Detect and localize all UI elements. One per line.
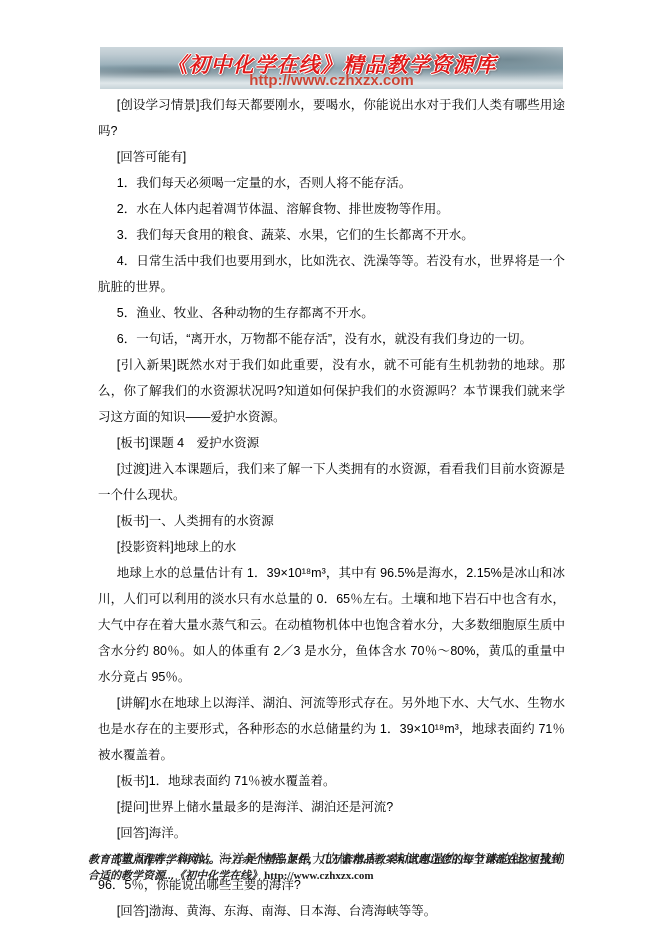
paragraph: [创设学习情景]我们每天都要刚水，要喝水，你能说出水对于我们人类有哪些用途吗? — [98, 92, 565, 144]
footer-url-link[interactable]: http://www.czhxzx.com — [264, 870, 373, 882]
paragraph: [过渡]进入本课题后，我们来了解一下人类拥有的水资源，看看我们目前水资源是一个什… — [98, 456, 565, 508]
paragraph: [回答]渤海、黄海、东海、南海、日本海、台湾海峡等等。 — [98, 898, 565, 924]
paragraph: [投影资料]地球上的水 — [98, 534, 565, 560]
paragraph: 4．日常生活中我们也要用到水，比如洗衣、洗澡等等。若没有水，世界将是一个肮脏的世… — [98, 248, 565, 300]
paragraph: 6．一句话，“离开水，万物都不能存活”，没有水，就没有我们身边的一切。 — [98, 326, 565, 352]
document-body: [创设学习情景]我们每天都要刚水，要喝水，你能说出水对于我们人类有哪些用途吗?[… — [98, 92, 565, 924]
page-footer: 教育部重点推荐学科网站。一万余个精品课件，几万套精品教案和试题让您的每节课都在这… — [88, 853, 568, 884]
paragraph: 地球上水的总量估计有 1．39×10¹⁸m³，其中有 96.5%是海水，2.15… — [98, 560, 565, 690]
paragraph: [板书]课题 4 爱护水资源 — [98, 430, 565, 456]
paragraph: 2．水在人体内起着凋节体温、溶解食物、排世废物等作用。 — [98, 196, 565, 222]
paragraph: [板书]1．地球表面约 71％被水覆盖着。 — [98, 768, 565, 794]
paragraph: [提问]世界上储水量最多的是海洋、湖泊还是河流? — [98, 794, 565, 820]
paragraph: [板书]一、人类拥有的水资源 — [98, 508, 565, 534]
document-page: 《初中化学在线》精品教学资源库 http://www.czhxzx.com [创… — [0, 0, 661, 935]
paragraph: [讲解]水在地球上以海洋、湖泊、河流等形式存在。另外地下水、大气水、生物水也是水… — [98, 690, 565, 768]
paragraph: [回答]海洋。 — [98, 820, 565, 846]
paragraph: 5．渔业、牧业、各种动物的生存都离不开水。 — [98, 300, 565, 326]
site-banner: 《初中化学在线》精品教学资源库 http://www.czhxzx.com — [100, 47, 563, 89]
paragraph: 1．我们每天必须喝一定量的水，否则人将不能存活。 — [98, 170, 565, 196]
paragraph: [回答可能有] — [98, 144, 565, 170]
paragraph: 3．我们每天食用的粮食、蔬菜、水果，它们的生长都离不开水。 — [98, 222, 565, 248]
paragraph: [引入新果]既然水对于我们如此重要，没有水，就不可能有生机勃勃的地球。那么，你了… — [98, 352, 565, 430]
banner-url-link[interactable]: http://www.czhxzx.com — [100, 72, 563, 89]
